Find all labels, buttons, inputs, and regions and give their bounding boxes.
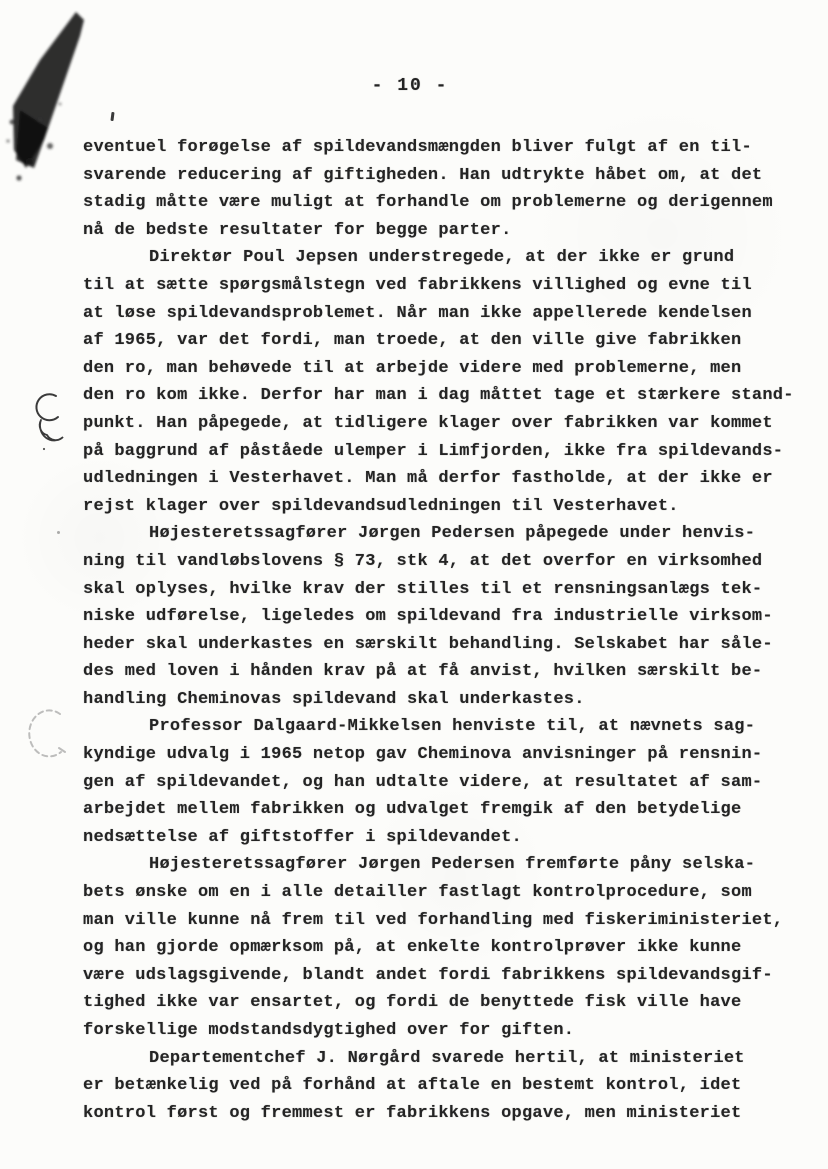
text-line: den ro kom ikke. Derfor har man i dag må… (83, 382, 795, 410)
text-line: til at sætte spørgsmålstegn ved fabrikke… (83, 272, 795, 300)
text-line: er betænkelig ved på forhånd at aftale e… (83, 1072, 795, 1100)
text-line: man ville kunne nå frem til ved forhandl… (83, 907, 795, 935)
text-line: skal oplyses, hvilke krav der stilles ti… (83, 576, 795, 604)
text-line: at løse spildevandsproblemet. Når man ik… (83, 300, 795, 328)
text-line: være udslagsgivende, blandt andet fordi … (83, 962, 795, 990)
text-line: ning til vandløbslovens § 73, stk 4, at … (83, 548, 795, 576)
text-line: udledningen i Vesterhavet. Man må derfor… (83, 465, 795, 493)
text-line: Højesteretssagfører Jørgen Pedersen frem… (83, 851, 795, 879)
scanned-document-page: - 10 - eventuel forøgelse af spildevands… (0, 0, 828, 1169)
text-line: forskellige modstandsdygtighed over for … (83, 1017, 795, 1045)
text-line: Departementchef J. Nørgård svarede herti… (83, 1045, 795, 1073)
text-line: svarende reducering af giftigheden. Han … (83, 162, 795, 190)
text-line: og han gjorde opmærksom på, at enkelte k… (83, 934, 795, 962)
text-line: eventuel forøgelse af spildevandsmængden… (83, 134, 795, 162)
text-line: den ro, man behøvede til at arbejde vide… (83, 355, 795, 383)
text-line: arbejdet mellem fabrikken og udvalget fr… (83, 796, 795, 824)
text-body: eventuel forøgelse af spildevandsmængden… (83, 134, 795, 1127)
text-line: kontrol først og fremmest er fabrikkens … (83, 1100, 795, 1128)
text-line: kyndige udvalg i 1965 netop gav Cheminov… (83, 741, 795, 769)
text-line: Direktør Poul Jepsen understregede, at d… (83, 244, 795, 272)
handwritten-margin-mark-lower (12, 704, 78, 774)
page-number: - 10 - (0, 76, 820, 96)
text-line: handling Cheminovas spildevand skal unde… (83, 686, 795, 714)
stray-ink-dot (57, 531, 60, 534)
text-line: Højesteretssagfører Jørgen Pedersen påpe… (83, 520, 795, 548)
text-line: gen af spildevandet, og han udtalte vide… (83, 769, 795, 797)
text-line: nå de bedste resultater for begge parter… (83, 217, 795, 245)
text-line: niske udførelse, ligeledes om spildevand… (83, 603, 795, 631)
text-line: heder skal underkastes en særskilt behan… (83, 631, 795, 659)
handwritten-margin-mark-upper (14, 386, 76, 470)
stray-ink-tick (110, 112, 114, 121)
text-line: Professor Dalgaard-Mikkelsen henviste ti… (83, 713, 795, 741)
text-line: på baggrund af påståede ulemper i Limfjo… (83, 438, 795, 466)
text-line: des med loven i hånden krav på at få anv… (83, 658, 795, 686)
text-line: punkt. Han påpegede, at tidligere klager… (83, 410, 795, 438)
text-line: rejst klager over spildevandsudledningen… (83, 493, 795, 521)
text-line: bets ønske om en i alle detailler fastla… (83, 879, 795, 907)
text-line: af 1965, var det fordi, man troede, at d… (83, 327, 795, 355)
text-line: tighed ikke var ensartet, og fordi de be… (83, 989, 795, 1017)
text-line: stadig måtte være muligt at forhandle om… (83, 189, 795, 217)
text-line: nedsættelse af giftstoffer i spildevande… (83, 824, 795, 852)
